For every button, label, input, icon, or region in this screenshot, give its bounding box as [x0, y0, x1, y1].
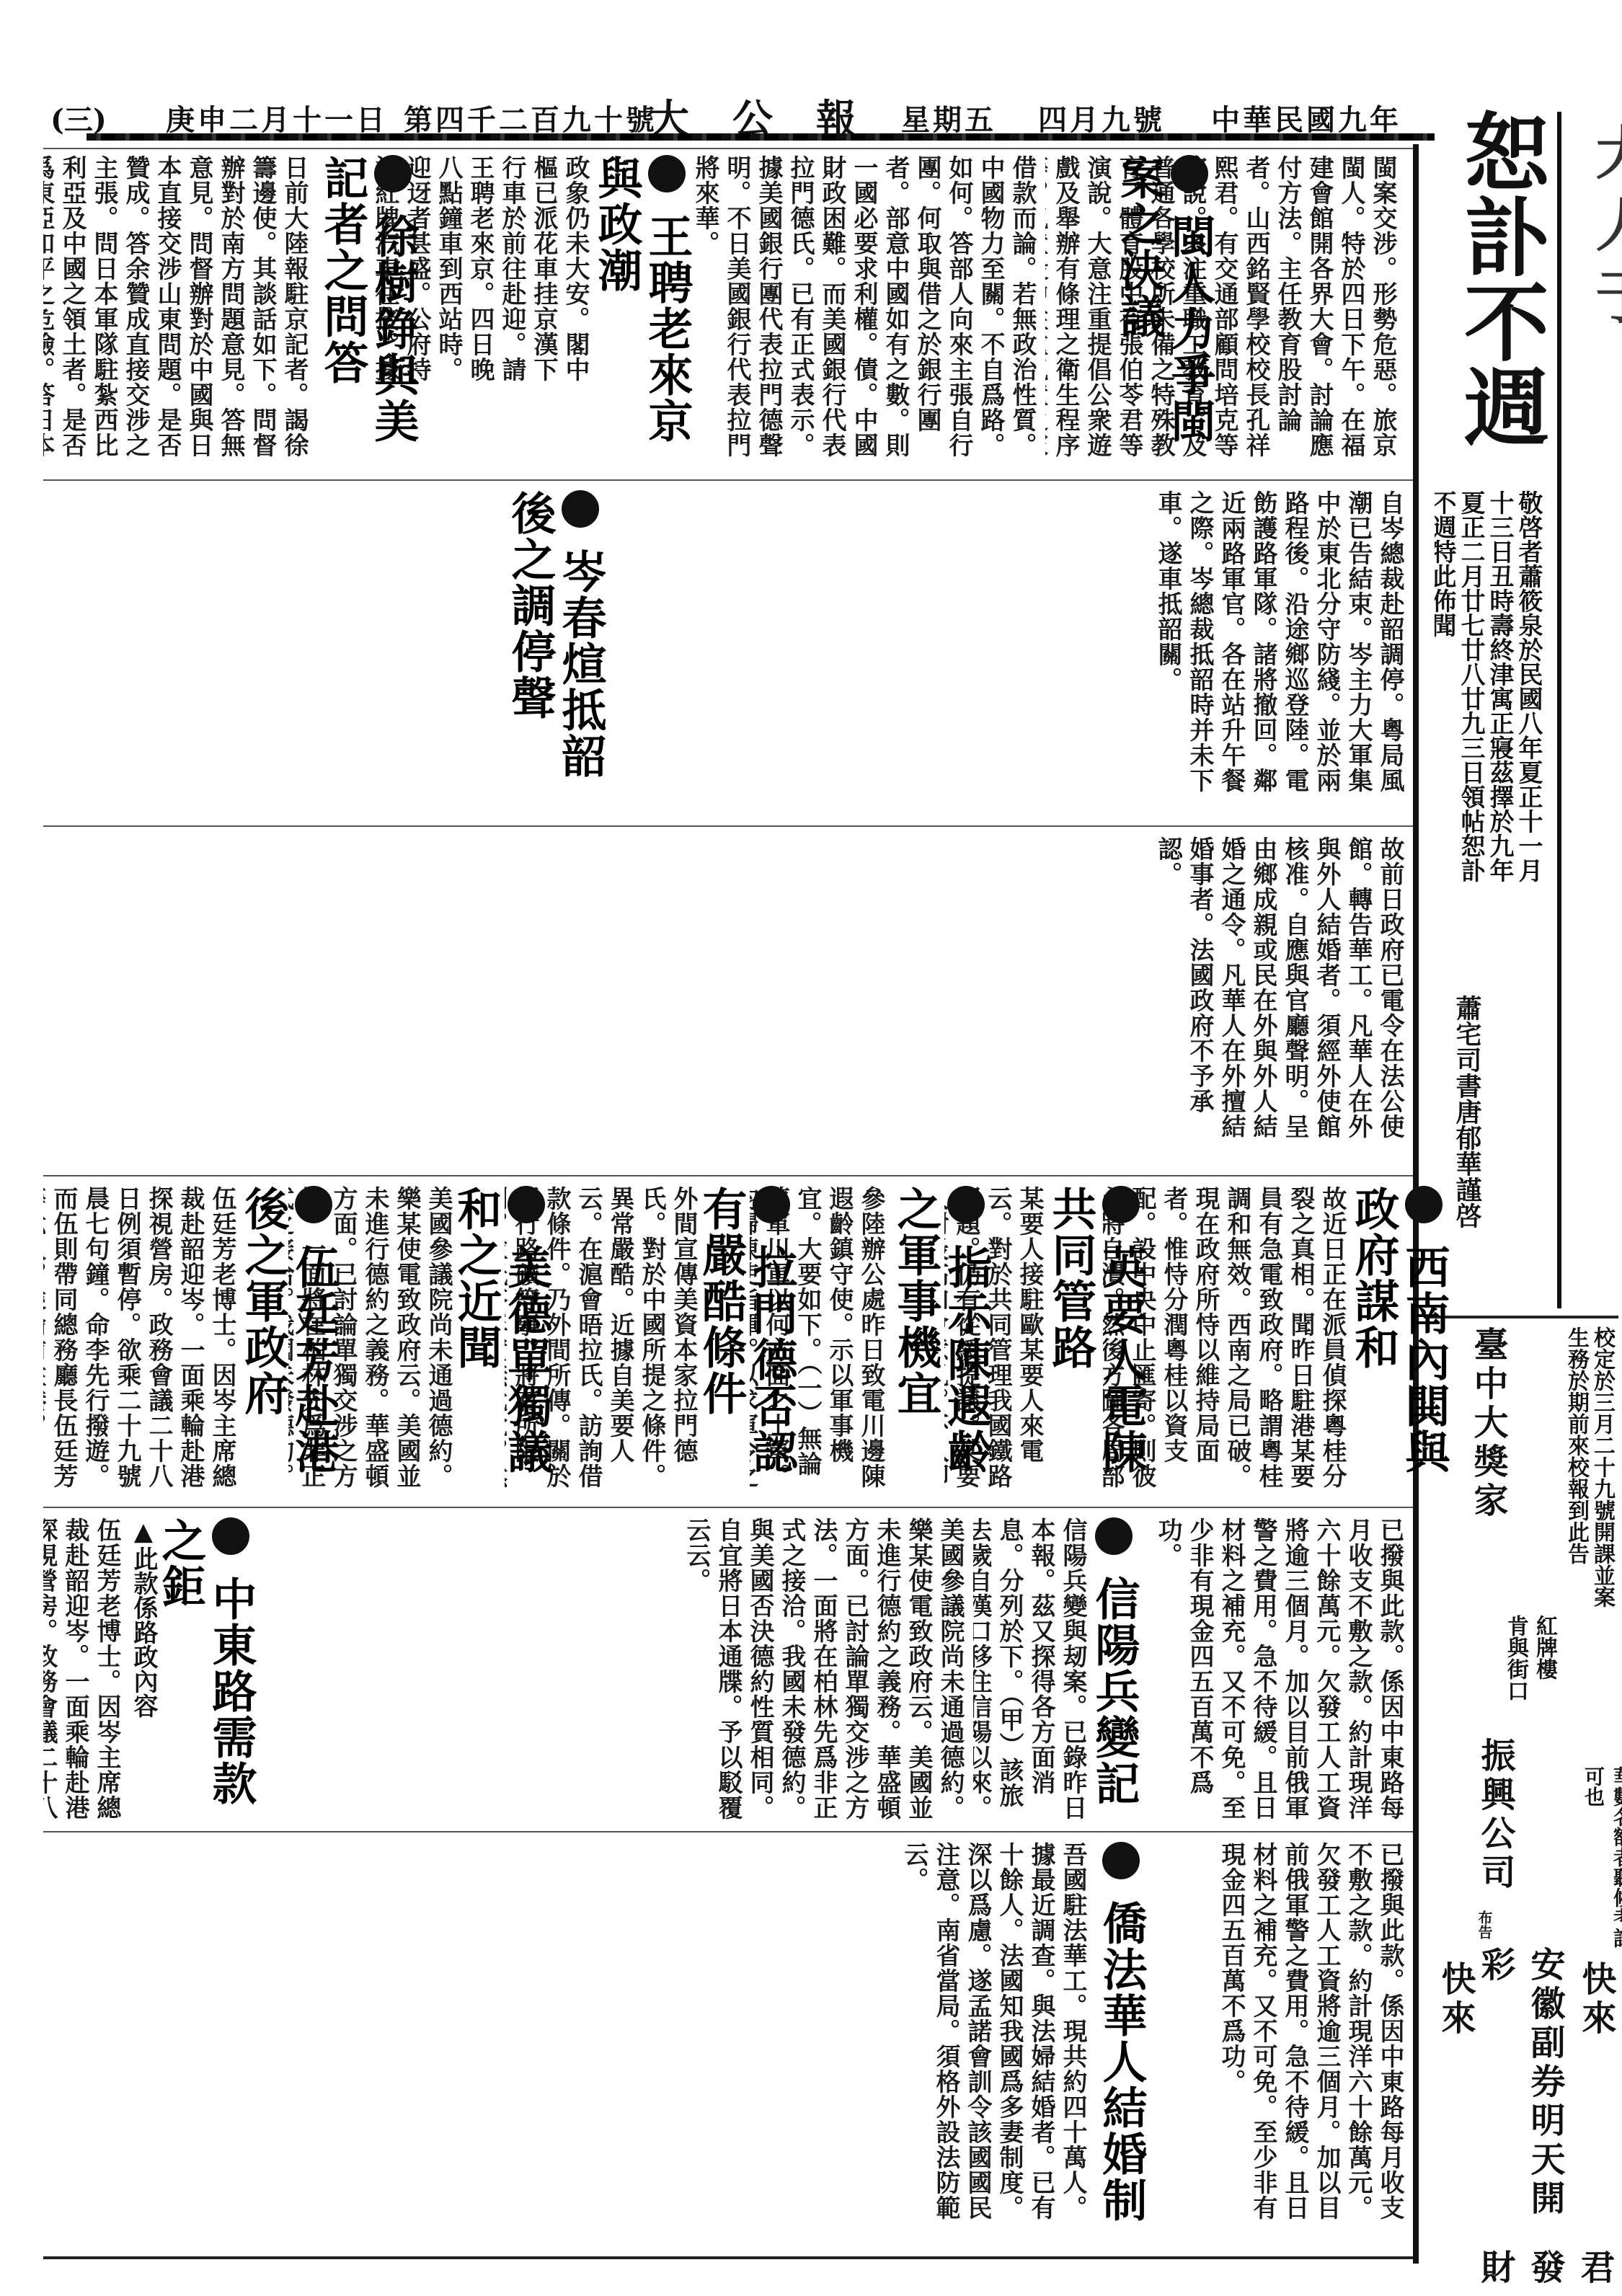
article-headline-block: 岑春煊抵韶後之調停聲 — [505, 490, 606, 807]
article-body: 自岑總裁赴韶調停。粵局風潮已告結束。岑主力大軍集中於東北分守防綫。並於兩路程後。… — [43, 490, 1406, 807]
article-headline-block: 拉門德否認有嚴酷條件 — [696, 1186, 797, 1503]
exam-notice: 華數名額者聽候考試可也 — [1579, 1766, 1622, 1954]
article-body: 日前大陸報駐京記者。謁徐籌邊使。其談話如下。問督辦對於南方問題意見。答無意見。問… — [43, 155, 310, 472]
article-headline: 拉門德否認有嚴酷條件 — [695, 1186, 798, 1475]
obituary-body: 敬啓者蕭筱泉於民國八年夏正十一月十三日丑時壽終津寓正寢茲擇於九年夏正二月廿七廿八… — [1435, 490, 1543, 894]
announce-label: 布告 — [1474, 1910, 1495, 1939]
bullet-icon — [1095, 1517, 1133, 1555]
row-rule — [43, 148, 1413, 149]
article-body: 信陽兵變與刼案。已錄昨日本報。茲又探得各方面消息。分列於下。（甲）該旅去歲自漢口… — [973, 1517, 1089, 1820]
bullet-icon — [562, 490, 599, 528]
ad-top-rule — [1424, 1316, 1618, 1318]
article-body: 借款而論。若無政治性質。中國物力至關。不自爲路。如何。答部人向來主張自行團。何取… — [649, 155, 1038, 472]
page-bottom-rule — [43, 2256, 1413, 2259]
article-headline-block: 伍廷芳赴港後之軍政府 — [238, 1186, 339, 1503]
column-divider — [1557, 112, 1561, 1308]
row-rule — [43, 825, 1413, 827]
weekday: 星期五 — [901, 97, 996, 138]
solar-date: 四月九號 — [1038, 97, 1165, 138]
location-left: 紅牌樓 — [1528, 1615, 1560, 1730]
article-headline: 英要人電陳共同管路 — [1045, 1186, 1148, 1475]
article-headline: 美德單獨議和之近聞 — [450, 1186, 553, 1475]
location-right: 肯與街口 — [1499, 1615, 1531, 1730]
row-rule — [43, 479, 1413, 481]
article-headline: 指示陳遐齡之軍事機宜 — [890, 1186, 993, 1475]
article-headline-block: 信陽兵變記 — [1089, 1517, 1139, 1835]
article-body: 已撥與此款。係因中東路每月收支不敷之款。約計現洋六十餘萬元。欠發工人工資將逾三個… — [1139, 1517, 1406, 1820]
article-headline: 閩人力爭閩案之決議 — [1113, 155, 1216, 444]
article-headline-block: 僑法華人結婚制 — [1096, 1842, 1146, 2231]
article-headline: 岑春煊抵韶後之調停聲 — [504, 490, 607, 779]
bullet-icon — [508, 1186, 545, 1223]
obituary-title: 恕訃不週 — [1449, 108, 1550, 483]
lottery-tagline: 諸君發財 — [1471, 2249, 1622, 2292]
lottery-title: 臺中大獎家 — [1463, 1326, 1513, 1629]
article-body: 故前日政府已電令在法公使館。轉告華工。凡華人在外與外人結婚者。須經外使館核准。自… — [43, 836, 1406, 1153]
article-body: 美國參議院尚未通過德約。樂某使電致政府云。美國並未進行德約之義務。華盛頓方面。已… — [209, 1517, 966, 1820]
school-notice: 校定於三月二十九號開課並案生務於期前來校報到此告 — [1579, 1326, 1615, 1615]
obituary-signature: 蕭宅司書唐郁華謹啓 — [1449, 995, 1486, 1312]
masthead-rule — [87, 133, 1435, 141]
bullet-icon — [1102, 1842, 1140, 1879]
cta-left: 快來 — [1431, 1961, 1481, 2069]
article-subhead: ▲此款係路政內容 — [126, 1517, 161, 1835]
article-headline-block: 中東路需款之鉅 — [155, 1517, 256, 1835]
article-headline-block: 指示陳遐齡之軍事機宜 — [890, 1186, 991, 1503]
article-headline: 伍廷芳赴港後之軍政府 — [237, 1186, 340, 1475]
article-headline: 徐樹錚與美記者之問答 — [316, 155, 420, 444]
lunar-date: 庚申二月十一日 — [166, 97, 388, 138]
article-headline: 僑法華人結婚制 — [1095, 1900, 1148, 2223]
bullet-icon — [295, 1186, 332, 1223]
article-headline-block: 徐樹錚與美記者之問答 — [317, 155, 418, 472]
article-headline-block: 西南內閧與政府謀和 — [1348, 1186, 1449, 1503]
article-headline: 信陽兵變記 — [1088, 1576, 1140, 1807]
article-body: 閩案交涉。形勢危惡。旅京閩人。特於四日下午。在福建會館開各界大會。討論應付方法。… — [1045, 155, 1399, 472]
year: 中華民國九年 — [1211, 97, 1401, 138]
row-rule — [43, 1507, 1413, 1508]
bullet-icon — [753, 1186, 790, 1223]
bullet-icon — [1171, 155, 1208, 192]
bullet-icon — [1405, 1186, 1442, 1223]
article-headline-block: 英要人電陳共同管路 — [1045, 1186, 1146, 1503]
issue-number: 第四千二百九十號 — [404, 97, 657, 138]
lottery-product: 安徽副券明天開彩 — [1471, 1946, 1570, 2249]
article-headline: 中東路需款之鉅 — [154, 1517, 257, 1807]
article-headline-block: 美德單獨議和之近聞 — [451, 1186, 551, 1503]
article-headline-block: 閩人力爭閩案之決議 — [1114, 155, 1215, 472]
article-body: 伍廷芳老博士。因岑主席總裁赴韶迎岑。一面乘輪赴港探視營房。政務會議二十八日例須暫… — [43, 1517, 123, 1820]
article-body: 伍廷芳老博士。因岑主席總裁赴韶迎岑。一面乘輪赴港探視營房。政務會議二十八日例須暫… — [43, 1186, 238, 1489]
bullet-icon — [212, 1517, 249, 1555]
bullet-icon — [1102, 1186, 1140, 1223]
cta-right: 快來 — [1572, 1961, 1621, 2069]
article-headline: 西南內閧與政府謀和 — [1347, 1186, 1450, 1475]
company-name: 振興公司 — [1471, 1737, 1520, 1910]
row-rule — [43, 1175, 1413, 1176]
bullet-icon — [947, 1186, 985, 1223]
article-body: 吾國駐法華工。現共約四十萬人。據最近調查。與法婦結婚者。已有十餘人。法國知我國爲… — [43, 1842, 1089, 2231]
article-body: 已撥與此款。係因中東路每月收支不敷之款。約計現洋六十餘萬元。欠發工人工資將逾三個… — [1153, 1842, 1406, 2231]
brush-inscription: 大人于 — [1579, 123, 1622, 461]
bullet-icon — [374, 155, 412, 192]
row-rule — [43, 1831, 1413, 1832]
page-number: (三) — [50, 97, 107, 138]
